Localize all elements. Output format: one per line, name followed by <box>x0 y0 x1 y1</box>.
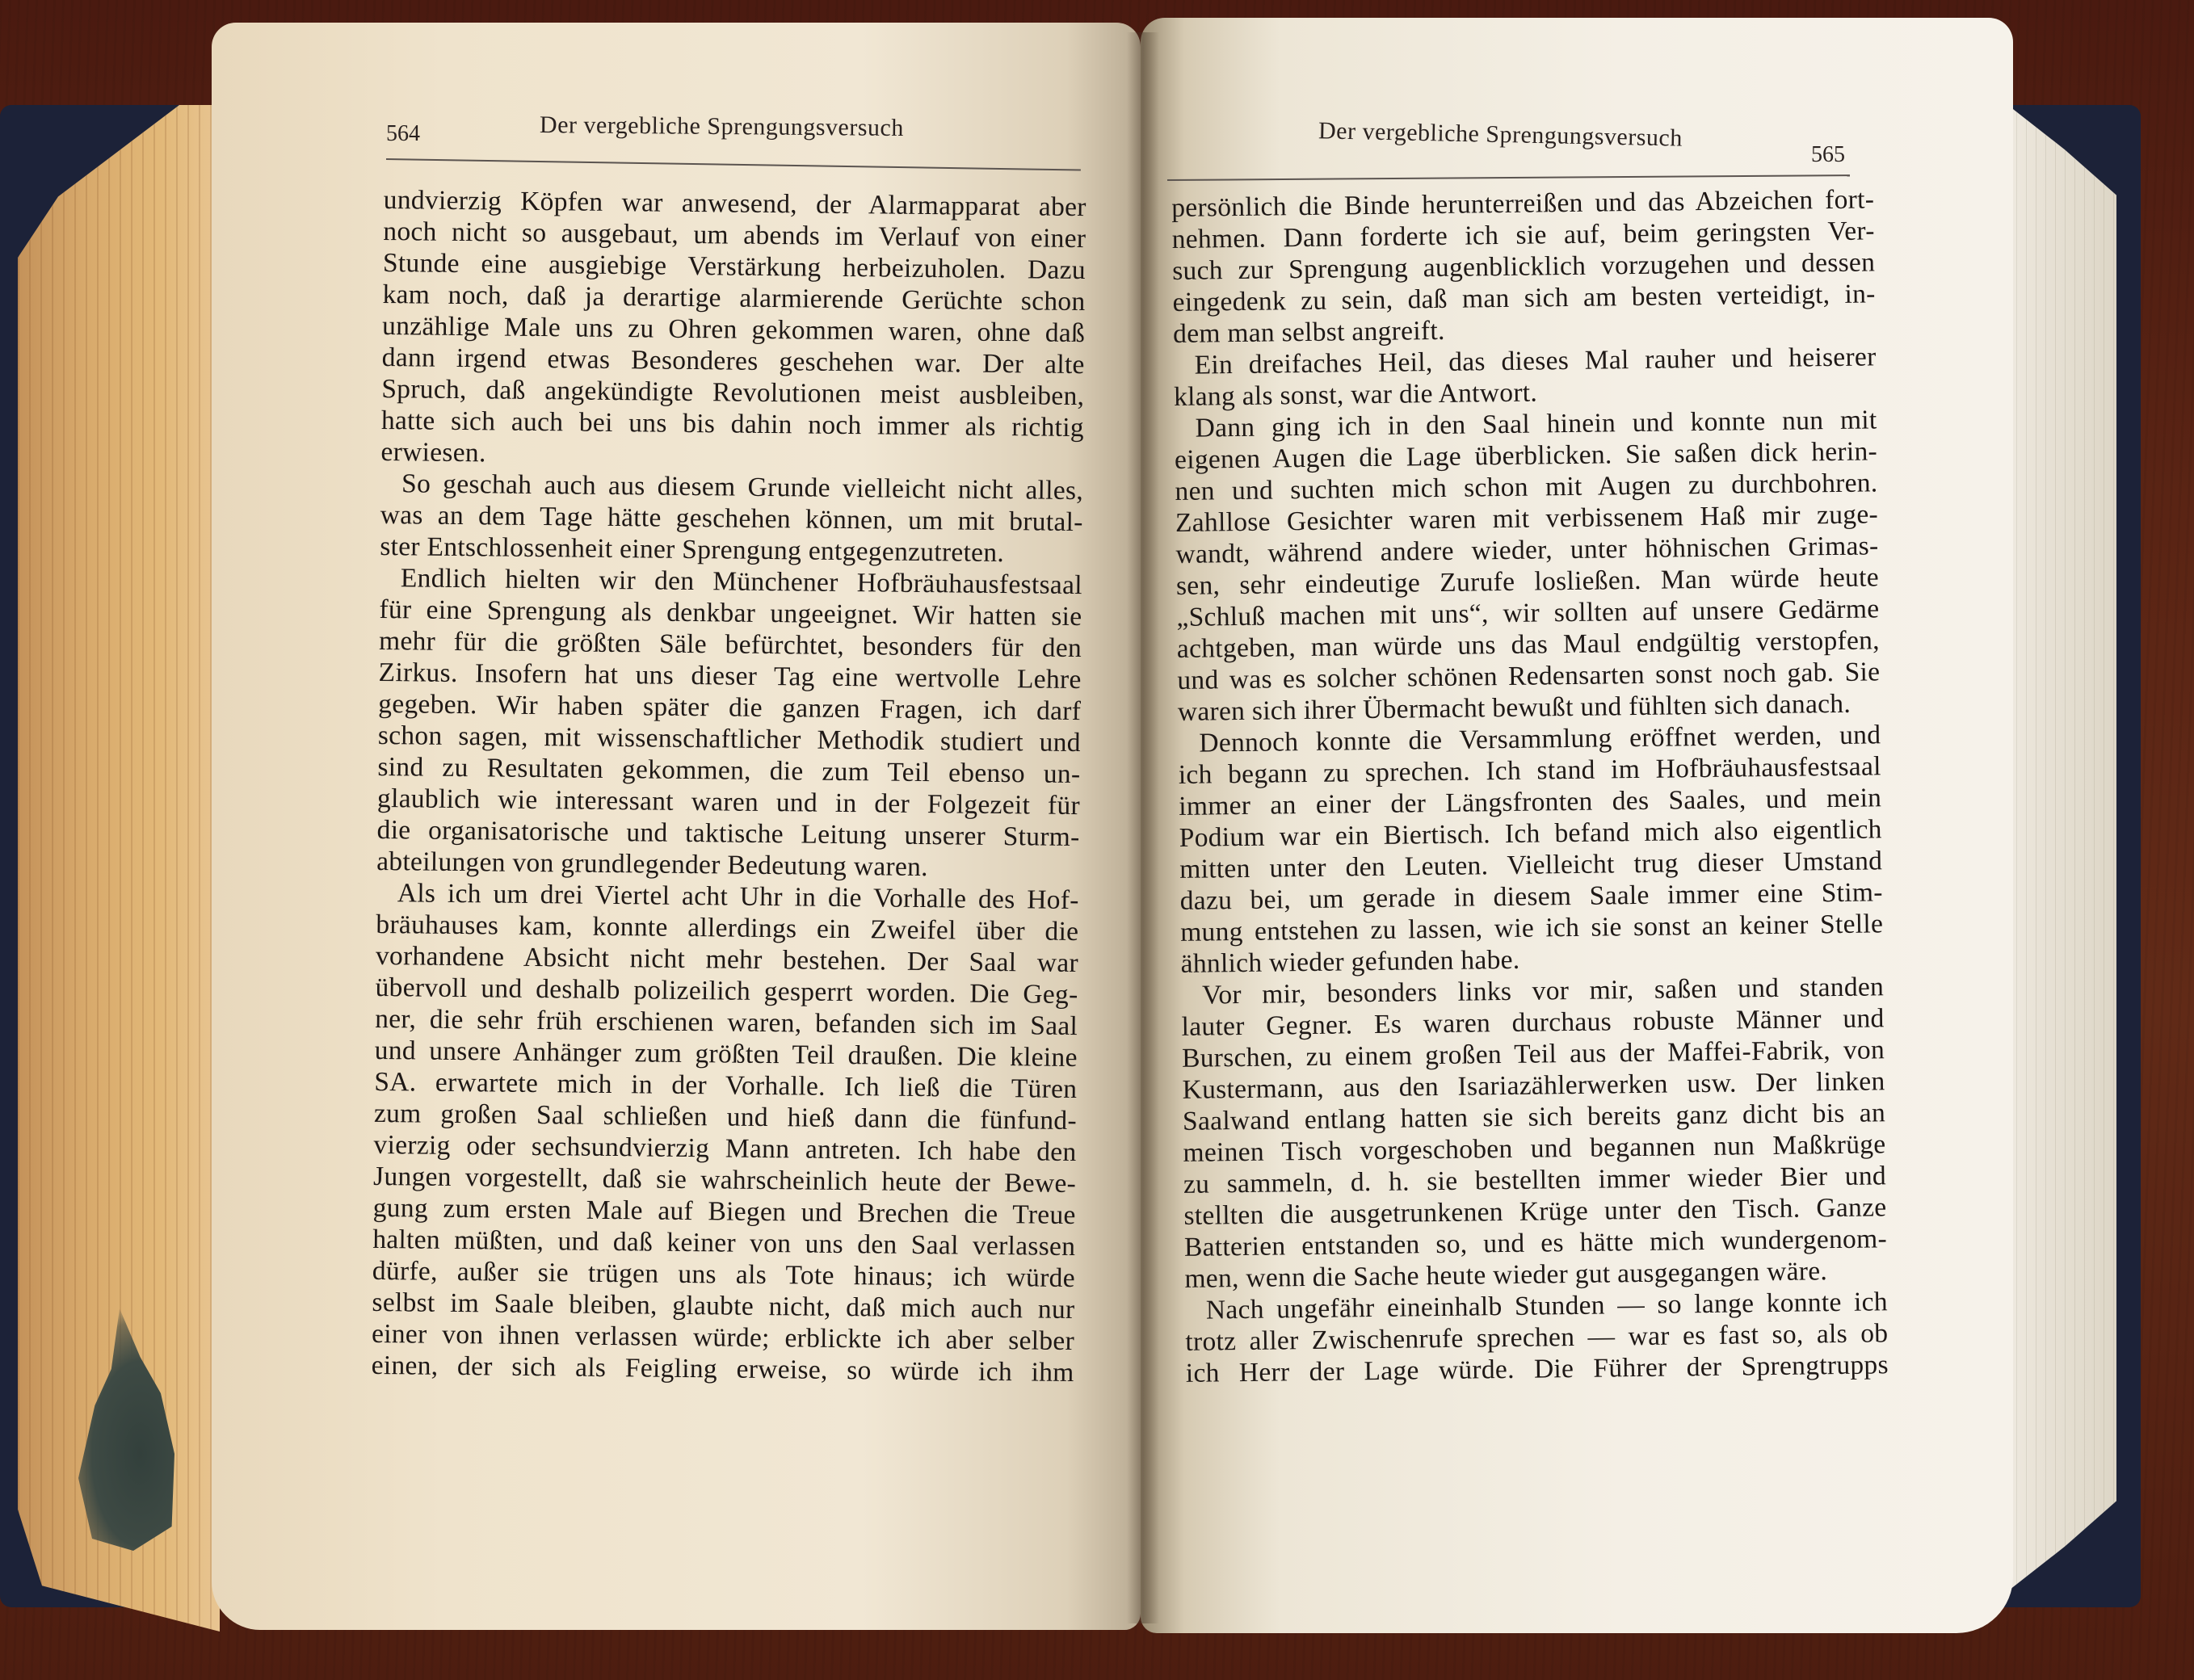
left-running-head: Der vergebliche Sprengungsversuch <box>540 111 904 142</box>
right-page-body: persönlich die Binde herunterreißen und … <box>1171 183 1889 1389</box>
right-page-number: 565 <box>1811 142 1845 168</box>
book-gutter <box>1127 32 1159 1623</box>
left-page-body: undvierzig Köpfen war anwesend, der Alar… <box>371 184 1086 1388</box>
left-page-number: 564 <box>386 121 420 147</box>
